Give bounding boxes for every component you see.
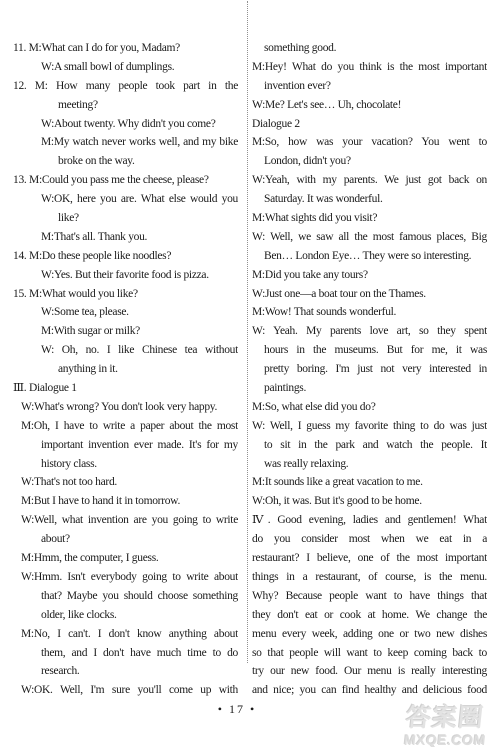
text-line: W:Well, what invention are you going to …: [21, 511, 238, 530]
text-line: do you consider most when we eat in a: [252, 530, 487, 549]
text-line: like?: [58, 209, 238, 228]
column-divider: [247, 1, 248, 663]
text-line: W:Just one—a boat tour on the Thames.: [252, 285, 487, 304]
text-line: M:Did you take any tours?: [252, 266, 487, 285]
text-line: M:It sounds like a great vacation to me.: [252, 473, 487, 492]
text-line: meeting?: [58, 96, 238, 115]
text-line: 12. M: How many people took part in the: [13, 77, 238, 96]
text-line: about?: [41, 530, 238, 549]
text-line: hours in the museums. But for me, it was: [264, 341, 487, 360]
text-line: anything in it.: [58, 360, 238, 379]
text-line: and nice; you can find healthy and delic…: [252, 681, 487, 700]
text-line: W:A small bowl of dumplings.: [41, 58, 238, 77]
right-text-column: something good.M:Hey! What do you think …: [247, 39, 500, 700]
text-line: menu every week, adding one or two new d…: [252, 625, 487, 644]
text-line: W:Some tea, please.: [41, 303, 238, 322]
text-line: W:OK, here you are. What else would you: [41, 190, 238, 209]
text-line: M:Wow! That sounds wonderful.: [252, 303, 487, 322]
text-line: broke on the way.: [58, 152, 238, 171]
watermark-site-url: MXQE.COM: [389, 733, 500, 747]
text-line: they don't eat or cook at home. We chang…: [252, 606, 487, 625]
watermark: 答案圈 MXQE.COM: [390, 706, 500, 747]
text-line: 15. M:What would you like?: [13, 285, 238, 304]
text-line: try our new food. Our menu is really int…: [252, 662, 487, 681]
text-line: M:So, how was your vacation? You went to: [252, 133, 487, 152]
text-line: W:Hmm. Isn't everybody going to write ab…: [21, 568, 238, 587]
text-line: W:What's wrong? You don't look very happ…: [21, 398, 238, 417]
text-line: M:That's all. Thank you.: [41, 228, 238, 247]
text-line: important invention ever made. It's for …: [41, 436, 238, 455]
text-line: 11. M:What can I do for you, Madam?: [13, 39, 238, 58]
text-line: so that people will want to keep coming …: [252, 644, 487, 663]
text-line: M:Oh, I have to write a paper about the …: [21, 417, 238, 436]
scanned-textbook-page: 11. M:What can I do for you, Madam?W:A s…: [0, 0, 500, 747]
text-line: to sit in the park and watch the people.…: [264, 436, 487, 455]
text-line: 14. M:Do these people like noodles?: [13, 247, 238, 266]
text-line: W:About twenty. Why didn't you come?: [41, 115, 238, 134]
text-line: restaurant? I believe, one of the most i…: [252, 549, 487, 568]
text-line: M:What sights did you visit?: [252, 209, 487, 228]
text-line: M:Hmm, the computer, I guess.: [21, 549, 238, 568]
text-line: W: Oh, no. I like Chinese tea without: [41, 341, 238, 360]
text-line: invention ever?: [264, 77, 487, 96]
two-column-text-area: 11. M:What can I do for you, Madam?W:A s…: [0, 39, 500, 700]
text-line: W: Well, we saw all the most famous plac…: [252, 228, 487, 247]
text-line: that? Maybe you should choose something: [41, 587, 238, 606]
text-line: M:But I have to hand it in tomorrow.: [21, 492, 238, 511]
text-line: Ⅲ. Dialogue 1: [13, 379, 238, 398]
text-line: Saturday. It was wonderful.: [264, 190, 487, 209]
text-line: M:My watch never works well, and my bike: [41, 133, 238, 152]
text-line: Ben… London Eye… They were so interestin…: [264, 247, 487, 266]
text-line: things in a restaurant, of course, is th…: [252, 568, 487, 587]
text-line: W:Oh, it was. But it's good to be home.: [252, 492, 487, 511]
text-line: W:That's not too hard.: [21, 473, 238, 492]
text-line: history class.: [41, 455, 238, 474]
text-line: research.: [41, 662, 238, 681]
text-line: W:Yeah, with my parents. We just got bac…: [252, 171, 487, 190]
text-line: M:No, I can't. I don't know anything abo…: [21, 625, 238, 644]
text-line: Why? Because people want to have things …: [252, 587, 487, 606]
answer-site-logo: 答案圈: [389, 706, 500, 731]
text-line: them, and I don't have much time to do: [41, 644, 238, 663]
text-line: M:So, what else did you do?: [252, 398, 487, 417]
text-line: M:Hey! What do you think is the most imp…: [252, 58, 487, 77]
text-line: older, like clocks.: [41, 606, 238, 625]
text-line: Dialogue 2: [252, 115, 487, 134]
text-line: pretty boring. I'm just not very interes…: [264, 360, 487, 379]
text-line: paintings.: [264, 379, 487, 398]
text-line: London, didn't you?: [264, 152, 487, 171]
text-line: W: Yeah. My parents love art, so they sp…: [252, 322, 487, 341]
text-line: M:With sugar or milk?: [41, 322, 238, 341]
text-line: W: Well, I guess my favorite thing to do…: [252, 417, 487, 436]
text-line: something good.: [264, 39, 487, 58]
text-line: W:Yes. But their favorite food is pizza.: [41, 266, 238, 285]
text-line: was really relaxing.: [264, 455, 487, 474]
text-line: 13. M:Could you pass me the cheese, plea…: [13, 171, 238, 190]
text-line: W:OK. Well, I'm sure you'll come up with: [21, 681, 238, 700]
text-line: Ⅳ. Good evening, ladies and gentlemen! W…: [252, 511, 487, 530]
left-text-column: 11. M:What can I do for you, Madam?W:A s…: [0, 39, 247, 700]
text-line: W:Me? Let's see… Uh, chocolate!: [252, 96, 487, 115]
